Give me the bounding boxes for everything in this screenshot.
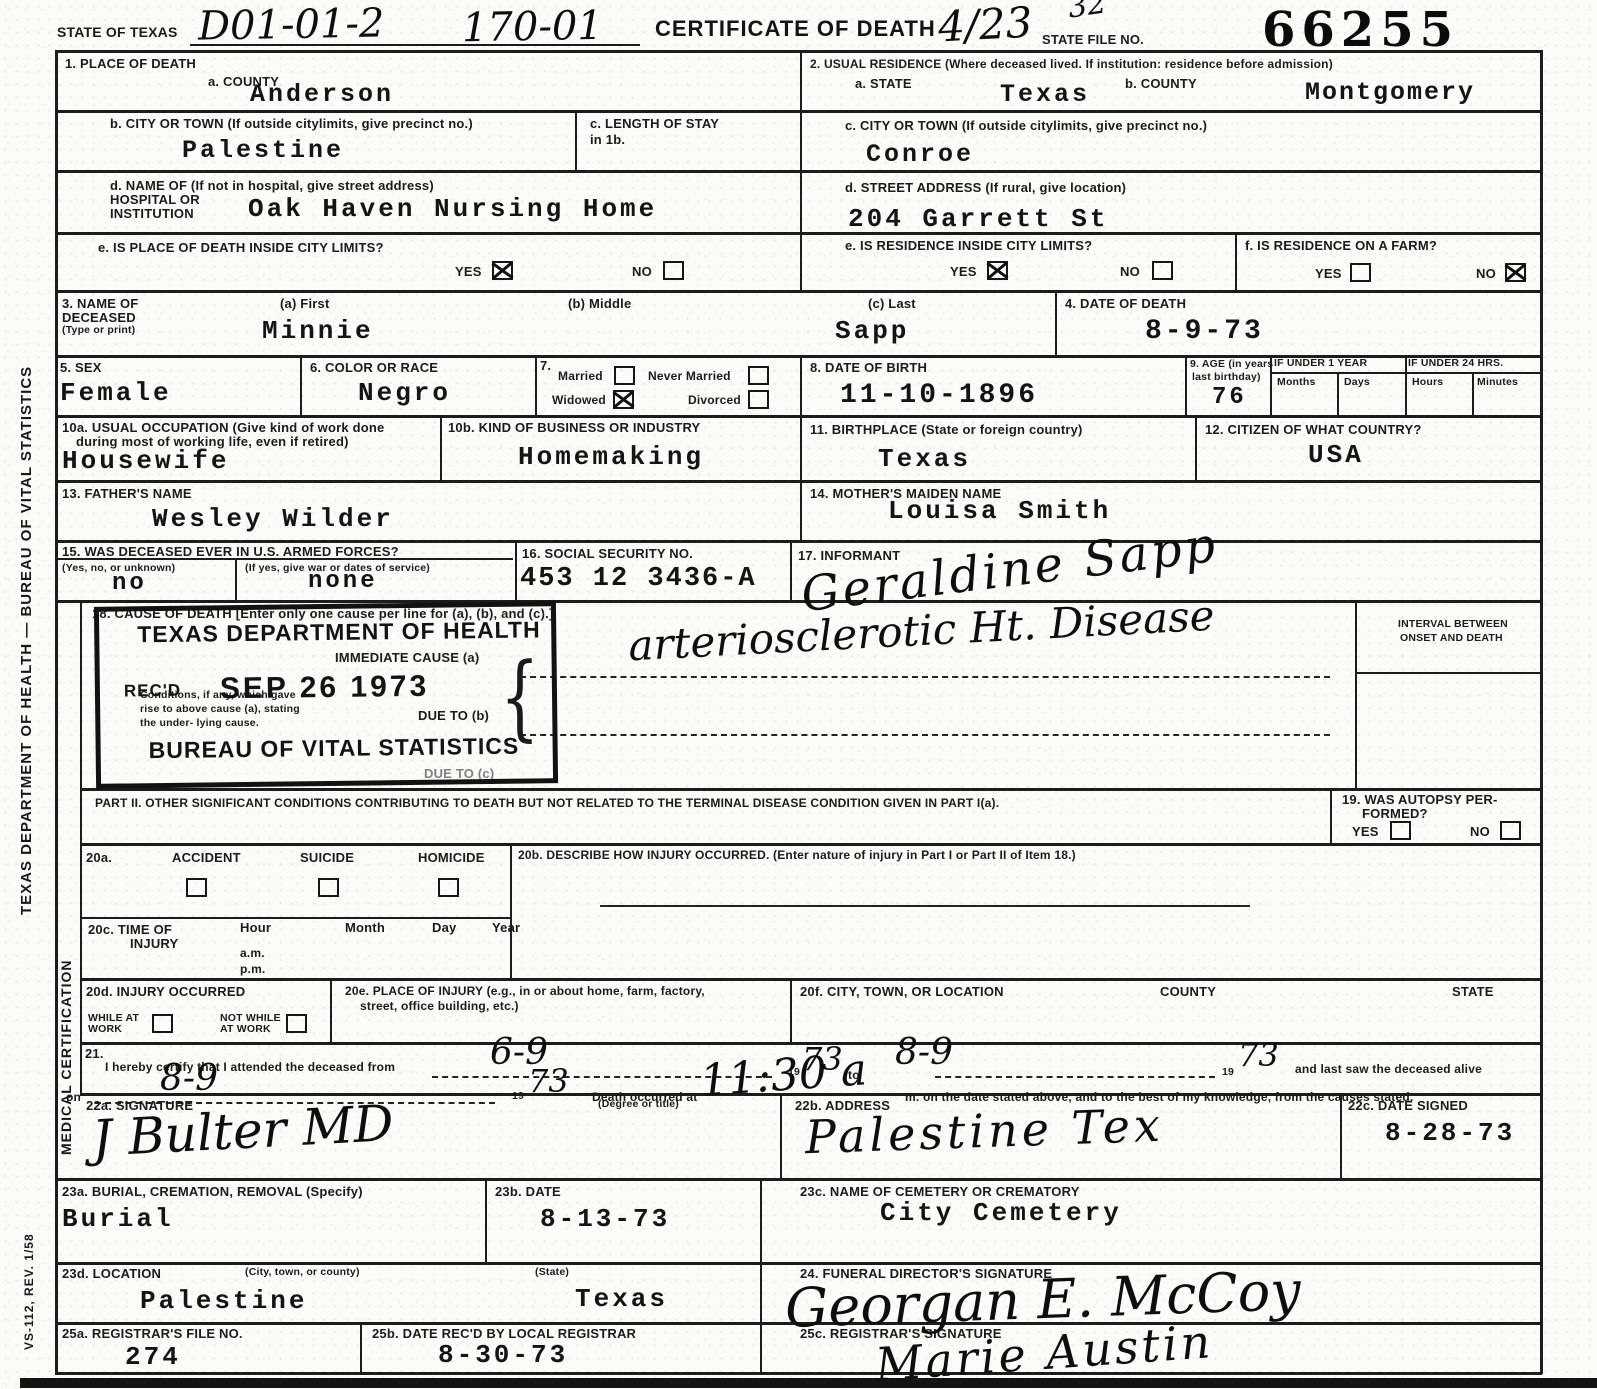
certificate-title: CERTIFICATE OF DEATH bbox=[655, 16, 936, 42]
month-label: Month bbox=[345, 920, 385, 935]
stamp-date-text: SEP 26 1973 bbox=[220, 670, 430, 707]
received-stamp: TEXAS DEPARTMENT OF HEALTH REC'D SEP 26 … bbox=[94, 601, 558, 789]
divider bbox=[790, 978, 792, 1042]
date-of-birth-label: 8. DATE OF BIRTH bbox=[810, 360, 927, 375]
injury-county-label: COUNTY bbox=[1160, 984, 1216, 999]
injury-state-label: STATE bbox=[1452, 984, 1494, 999]
residence-on-farm-yes-checkbox bbox=[1350, 263, 1371, 282]
burial-date-label: 23b. DATE bbox=[495, 1184, 561, 1199]
physician-address-handwriting: Palestine Tex bbox=[804, 1098, 1164, 1164]
birthplace-value: Texas bbox=[878, 444, 971, 474]
residence-on-farm-no-checkbox bbox=[1505, 263, 1526, 282]
attended-to-year: 73 bbox=[1238, 1036, 1279, 1074]
divider bbox=[575, 110, 577, 170]
burial-location-state-value: Texas bbox=[575, 1284, 668, 1314]
divider bbox=[80, 843, 1542, 846]
fathers-name-value: Wesley Wilder bbox=[152, 504, 394, 534]
divider bbox=[55, 50, 58, 1374]
divider bbox=[55, 600, 1542, 603]
death-inside-limits-no-checkbox bbox=[663, 261, 684, 280]
divider bbox=[535, 355, 537, 415]
burial-cremation-value: Burial bbox=[62, 1204, 174, 1234]
divider bbox=[55, 540, 1542, 543]
printed-19-c: 19 bbox=[512, 1090, 524, 1102]
fathers-name-label: 13. FATHER'S NAME bbox=[62, 486, 192, 501]
divider bbox=[235, 558, 237, 600]
armed-forces-answer-value: no bbox=[112, 570, 147, 597]
place-city-value: Palestine bbox=[182, 136, 344, 165]
divider bbox=[520, 734, 1330, 736]
autopsy-label: 19. WAS AUTOPSY PER- bbox=[1342, 792, 1497, 807]
married-checkbox bbox=[614, 366, 635, 385]
divider bbox=[55, 110, 1542, 113]
divider bbox=[360, 1322, 362, 1372]
place-of-injury-label2: street, office building, etc.) bbox=[360, 999, 519, 1013]
divider bbox=[520, 676, 1330, 678]
burial-location-city-value: Palestine bbox=[140, 1286, 307, 1316]
part-ii-label: PART II. OTHER SIGNIFICANT CONDITIONS CO… bbox=[95, 796, 999, 810]
item-21-label: 21. bbox=[85, 1046, 104, 1061]
divider bbox=[935, 1076, 1215, 1078]
burial-date-value: 8-13-73 bbox=[540, 1204, 670, 1234]
length-of-stay-label2: in 1b. bbox=[590, 132, 625, 147]
divider bbox=[80, 788, 1542, 791]
divider bbox=[440, 415, 442, 480]
residence-state-value: Texas bbox=[1000, 80, 1090, 109]
divider bbox=[55, 170, 1542, 173]
burial-cremation-label: 23a. BURIAL, CREMATION, REMOVAL (Specify… bbox=[62, 1184, 363, 1199]
residence-city-value: Conroe bbox=[866, 140, 974, 169]
residence-inside-limits-no-checkbox bbox=[1152, 261, 1173, 280]
place-of-injury-label: 20e. PLACE OF INJURY (e.g., in or about … bbox=[345, 984, 705, 998]
autopsy-yes-label: YES bbox=[1352, 824, 1379, 839]
last-name-label: (c) Last bbox=[868, 296, 916, 311]
describe-injury-label: 20b. DESCRIBE HOW INJURY OCCURRED. (Ente… bbox=[518, 848, 1076, 862]
burial-location-label: 23d. LOCATION bbox=[62, 1266, 161, 1281]
homicide-checkbox bbox=[438, 878, 459, 897]
stamp-recd-text: REC'D bbox=[124, 681, 181, 702]
hospital-name-label3: INSTITUTION bbox=[110, 206, 194, 221]
mothers-maiden-name-value: Louisa Smith bbox=[888, 496, 1111, 526]
residence-city-label: c. CITY OR TOWN (If outside citylimits, … bbox=[845, 118, 1207, 133]
date-of-death-value: 8-9-73 bbox=[1145, 316, 1264, 347]
minutes-label: Minutes bbox=[1477, 376, 1518, 388]
divorced-label: Divorced bbox=[688, 393, 741, 407]
death-inside-limits-yes-label: YES bbox=[455, 264, 482, 279]
hospital-name-label: d. NAME OF (If not in hospital, give str… bbox=[110, 178, 434, 193]
street-address-value: 204 Garrett St bbox=[848, 204, 1108, 234]
never-married-checkbox bbox=[748, 366, 769, 385]
divider bbox=[1355, 672, 1540, 674]
divider bbox=[1055, 290, 1057, 355]
suicide-label: SUICIDE bbox=[300, 850, 354, 865]
item-20a-label: 20a. bbox=[86, 850, 112, 865]
divider bbox=[80, 978, 1542, 981]
middle-name-label: (b) Middle bbox=[568, 296, 631, 311]
residence-on-farm-no-label: NO bbox=[1476, 266, 1496, 281]
usual-occupation-label: 10a. USUAL OCCUPATION (Give kind of work… bbox=[62, 420, 385, 435]
attended-to-date: 8-9 bbox=[895, 1032, 953, 1073]
divider bbox=[1340, 1093, 1342, 1178]
divorced-checkbox bbox=[748, 390, 769, 409]
divider bbox=[80, 917, 512, 919]
margin-form-number: VS-112, REV. 1/58 bbox=[22, 1095, 36, 1350]
year-label: Year bbox=[492, 920, 520, 935]
armed-forces-label: 15. WAS DECEASED EVER IN U.S. ARMED FORC… bbox=[62, 544, 399, 559]
injury-city-label: 20f. CITY, TOWN, OR LOCATION bbox=[800, 984, 1004, 999]
divider bbox=[510, 843, 512, 978]
sex-value: Female bbox=[60, 378, 172, 408]
divider bbox=[760, 1322, 762, 1372]
autopsy-label2: FORMED? bbox=[1362, 806, 1428, 821]
birthplace-label: 11. BIRTHPLACE (State or foreign country… bbox=[810, 422, 1083, 437]
last-seen-date: 8-9 bbox=[160, 1058, 218, 1099]
if-under-24-hrs-label: IF UNDER 24 HRS. bbox=[1408, 357, 1503, 369]
cemetery-name-label: 23c. NAME OF CEMETERY OR CREMATORY bbox=[800, 1184, 1080, 1199]
color-race-value: Negro bbox=[358, 378, 451, 408]
divider bbox=[55, 480, 1542, 483]
burial-location-state-label: (State) bbox=[535, 1266, 569, 1278]
not-while-at-work-label2: AT WORK bbox=[220, 1023, 271, 1035]
widowed-label: Widowed bbox=[552, 393, 606, 407]
date-signed-value: 8-28-73 bbox=[1385, 1118, 1515, 1148]
married-label: Married bbox=[558, 369, 603, 383]
death-certificate-scan: TEXAS DEPARTMENT OF HEALTH — BUREAU OF V… bbox=[0, 0, 1597, 1389]
hospital-name-value: Oak Haven Nursing Home bbox=[248, 194, 657, 224]
age-label: 9. AGE (in years bbox=[1190, 358, 1273, 370]
stamp-bureau-text: BUREAU OF VITAL STATISTICS bbox=[149, 733, 520, 765]
homicide-label: HOMICIDE bbox=[418, 850, 485, 865]
printed-19-b: 19 bbox=[1222, 1066, 1234, 1078]
place-county-value: Anderson bbox=[250, 80, 394, 109]
date-signed-label: 22c. DATE SIGNED bbox=[1348, 1098, 1468, 1113]
immediate-cause-label: IMMEDIATE CAUSE (a) bbox=[335, 650, 479, 665]
divider bbox=[760, 1178, 762, 1262]
death-inside-limits-no-label: NO bbox=[632, 264, 652, 279]
handwritten-fraction: 4/23 bbox=[937, 0, 1034, 51]
last-seen-year: 73 bbox=[528, 1062, 569, 1100]
divider bbox=[55, 1262, 1542, 1265]
residence-inside-limits-yes-checkbox bbox=[987, 261, 1008, 280]
age-value: 76 bbox=[1212, 384, 1247, 411]
usual-residence-title: 2. USUAL RESIDENCE (Where deceased lived… bbox=[810, 57, 1333, 71]
certify-text-2: and last saw the deceased alive bbox=[1295, 1062, 1482, 1076]
days-label: Days bbox=[1344, 376, 1370, 388]
color-race-label: 6. COLOR OR RACE bbox=[310, 360, 438, 375]
registrar-file-no-label: 25a. REGISTRAR'S FILE NO. bbox=[62, 1326, 243, 1341]
business-industry-value: Homemaking bbox=[518, 442, 704, 472]
divider bbox=[55, 415, 1542, 418]
divider bbox=[790, 540, 792, 600]
sex-label: 5. SEX bbox=[60, 360, 102, 375]
if-under-1-year-label: IF UNDER 1 YEAR bbox=[1274, 357, 1367, 369]
widowed-checkbox bbox=[613, 390, 634, 409]
residence-on-farm-label: f. IS RESIDENCE ON A FARM? bbox=[1245, 238, 1437, 253]
handwritten-district-code: D01-01-2 bbox=[198, 0, 385, 49]
divider bbox=[600, 905, 1250, 907]
state-of-texas-label: STATE OF TEXAS bbox=[57, 24, 178, 40]
hour-label: Hour bbox=[240, 920, 271, 935]
divider bbox=[515, 540, 517, 600]
residence-county-value: Montgomery bbox=[1305, 78, 1475, 107]
first-name-label: (a) First bbox=[280, 296, 329, 311]
divider bbox=[190, 44, 640, 46]
on-label: on bbox=[66, 1090, 81, 1104]
residence-state-label: a. STATE bbox=[855, 76, 912, 91]
autopsy-no-checkbox bbox=[1500, 821, 1521, 840]
street-address-label: d. STREET ADDRESS (If rural, give locati… bbox=[845, 180, 1126, 195]
accident-label: ACCIDENT bbox=[172, 850, 241, 865]
time-of-injury-label2: INJURY bbox=[130, 936, 178, 951]
usual-occupation-value: Housewife bbox=[62, 446, 229, 476]
hours-label: Hours bbox=[1412, 376, 1443, 388]
never-married-label: Never Married bbox=[648, 369, 731, 383]
divider bbox=[55, 50, 1542, 53]
divider bbox=[300, 355, 302, 415]
not-while-at-work-checkbox bbox=[286, 1014, 307, 1033]
divider bbox=[1185, 355, 1187, 415]
state-file-no-label: STATE FILE NO. bbox=[1042, 32, 1144, 47]
residence-county-label: b. COUNTY bbox=[1125, 76, 1197, 91]
divider bbox=[485, 1178, 487, 1262]
bottom-scan-bar bbox=[20, 1378, 1597, 1388]
social-security-label: 16. SOCIAL SECURITY NO. bbox=[522, 546, 693, 561]
registrar-file-no-value: 274 bbox=[125, 1342, 181, 1372]
name-of-deceased-label: 3. NAME OF bbox=[62, 296, 138, 311]
divider bbox=[800, 355, 802, 540]
divider bbox=[1337, 372, 1339, 415]
armed-forces-service-value: none bbox=[308, 568, 378, 595]
months-label: Months bbox=[1277, 376, 1316, 388]
autopsy-yes-checkbox bbox=[1390, 821, 1411, 840]
divider bbox=[55, 1178, 1542, 1181]
divider bbox=[1472, 372, 1474, 415]
divider bbox=[1235, 232, 1237, 290]
citizen-country-label: 12. CITIZEN OF WHAT COUNTRY? bbox=[1205, 422, 1421, 437]
marital-status-label: 7. bbox=[540, 358, 551, 373]
date-of-death-label: 4. DATE OF DEATH bbox=[1065, 296, 1186, 311]
social-security-value: 453 12 3436-A bbox=[520, 564, 757, 594]
divider bbox=[1330, 788, 1332, 843]
cemetery-name-value: City Cemetery bbox=[880, 1198, 1122, 1228]
divider bbox=[330, 978, 332, 1042]
residence-inside-limits-label: e. IS RESIDENCE INSIDE CITY LIMITS? bbox=[845, 238, 1092, 253]
first-name-value: Minnie bbox=[262, 316, 374, 346]
pm-label: p.m. bbox=[240, 962, 265, 976]
stamp-department-text: TEXAS DEPARTMENT OF HEALTH bbox=[137, 616, 541, 648]
date-received-value: 8-30-73 bbox=[438, 1340, 568, 1370]
due-to-c-label: DUE TO (c) bbox=[424, 766, 494, 781]
accident-checkbox bbox=[186, 878, 207, 897]
while-at-work-checkbox bbox=[152, 1014, 173, 1033]
certify-text-1: I hereby certify that I attended the dec… bbox=[105, 1060, 395, 1074]
divider bbox=[1355, 600, 1357, 790]
burial-location-sub1-label: (City, town, or county) bbox=[245, 1266, 360, 1278]
place-city-label: b. CITY OR TOWN (If outside citylimits, … bbox=[110, 116, 473, 131]
death-inside-limits-label: e. IS PLACE OF DEATH INSIDE CITY LIMITS? bbox=[98, 240, 384, 255]
divider bbox=[80, 600, 82, 1093]
am-label: a.m. bbox=[240, 946, 265, 960]
divider bbox=[800, 50, 802, 290]
citizen-country-value: USA bbox=[1308, 440, 1364, 470]
interval-label2: ONSET AND DEATH bbox=[1400, 632, 1503, 644]
residence-inside-limits-no-label: NO bbox=[1120, 264, 1140, 279]
suicide-checkbox bbox=[318, 878, 339, 897]
divider bbox=[760, 1262, 762, 1322]
age-label2: last birthday) bbox=[1192, 371, 1261, 383]
injury-occurred-label: 20d. INJURY OCCURRED bbox=[86, 984, 245, 999]
due-to-b-label: DUE TO (b) bbox=[418, 708, 489, 723]
day-label: Day bbox=[432, 920, 456, 935]
last-name-value: Sapp bbox=[835, 316, 909, 346]
time-of-injury-label: 20c. TIME OF bbox=[88, 922, 172, 937]
divider bbox=[780, 1093, 782, 1178]
length-of-stay-label: c. LENGTH OF STAY bbox=[590, 116, 719, 131]
divider bbox=[55, 232, 1542, 235]
divider bbox=[1405, 355, 1407, 415]
interval-label: INTERVAL BETWEEN bbox=[1398, 618, 1508, 630]
margin-department-text: TEXAS DEPARTMENT OF HEALTH — BUREAU OF V… bbox=[18, 225, 35, 915]
divider bbox=[55, 1372, 1542, 1375]
brace-glyph: { bbox=[500, 642, 539, 752]
residence-on-farm-yes-label: YES bbox=[1315, 266, 1342, 281]
place-of-death-title: 1. PLACE OF DEATH bbox=[65, 56, 196, 71]
name-of-deceased-label3: (Type or print) bbox=[62, 324, 135, 336]
residence-inside-limits-yes-label: YES bbox=[950, 264, 977, 279]
name-of-deceased-label2: DECEASED bbox=[62, 310, 136, 325]
divider bbox=[1540, 50, 1543, 1374]
divider bbox=[55, 290, 1542, 293]
handwritten-small-number: 32 bbox=[1066, 0, 1109, 25]
date-received-label: 25b. DATE REC'D BY LOCAL REGISTRAR bbox=[372, 1326, 636, 1341]
business-industry-label: 10b. KIND OF BUSINESS OR INDUSTRY bbox=[448, 420, 700, 435]
autopsy-no-label: NO bbox=[1470, 824, 1490, 839]
death-inside-limits-yes-checkbox bbox=[492, 261, 513, 280]
degree-or-title-label: (Degree or title) bbox=[598, 1098, 679, 1110]
hospital-name-label2: HOSPITAL OR bbox=[110, 192, 200, 207]
while-at-work-label2: WORK bbox=[88, 1023, 122, 1035]
divider bbox=[1195, 415, 1197, 480]
date-of-birth-value: 11-10-1896 bbox=[840, 380, 1038, 411]
